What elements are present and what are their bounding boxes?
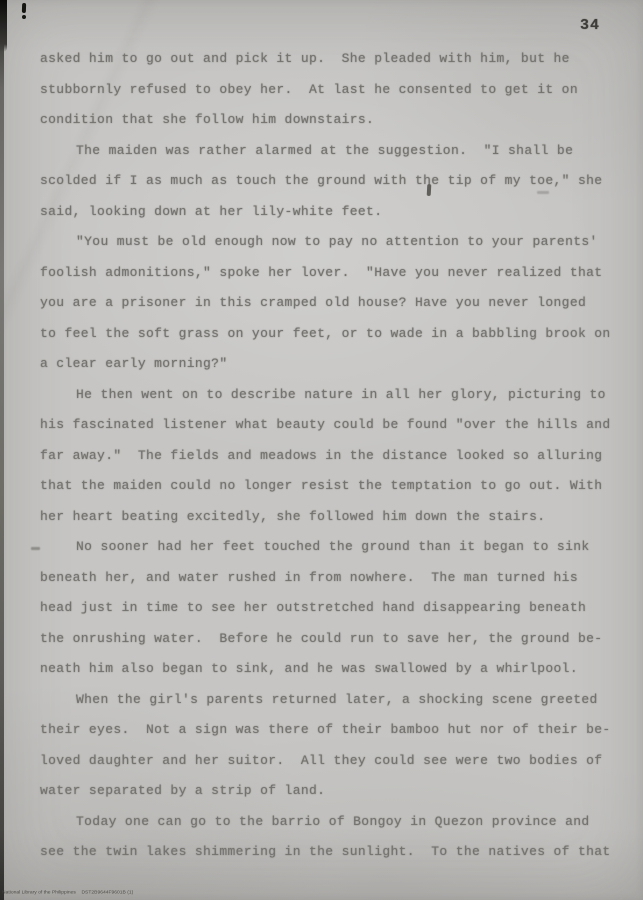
typescript-line: neath him also began to sink, and he was… xyxy=(40,654,622,685)
typescript-line: No sooner had her feet touched the groun… xyxy=(40,532,622,563)
typescript-line: her heart beating excitedly, she followe… xyxy=(40,502,622,533)
stray-ink-tick-mark xyxy=(427,184,432,196)
faint-ink-smudge xyxy=(537,191,549,194)
library-stamp: National Library of the Philippines DST2… xyxy=(2,889,133,895)
typescript-line: "You must be old enough now to pay no at… xyxy=(40,227,622,258)
exclamation-ink-mark-dot xyxy=(22,15,26,19)
typescript-line: head just in time to see her outstretche… xyxy=(40,593,622,624)
typescript-line: Today one can go to the barrio of Bongoy… xyxy=(40,807,622,838)
exclamation-ink-mark-bar xyxy=(22,3,26,13)
typescript-line: He then went on to describe nature in al… xyxy=(40,380,622,411)
typescript-line: When the girl's parents returned later, … xyxy=(40,685,622,716)
typescript-line: said, looking down at her lily-white fee… xyxy=(40,197,622,228)
typescript-line: you are a prisoner in this cramped old h… xyxy=(40,288,622,319)
typescript-line: condition that she follow him downstairs… xyxy=(40,105,622,136)
typescript-line: see the twin lakes shimmering in the sun… xyxy=(40,837,622,868)
library-stamp-name: National Library of the Philippines xyxy=(2,889,76,895)
typescript-lines: asked him to go out and pick it up. She … xyxy=(40,44,622,868)
typescript-line: asked him to go out and pick it up. She … xyxy=(40,44,622,75)
scanned-manuscript-page: 34 asked him to go out and pick it up. S… xyxy=(0,0,643,900)
scan-corner-ink-blob xyxy=(0,0,7,52)
typescript-line: foolish admonitions," spoke her lover. "… xyxy=(40,258,622,289)
typescript-line: his fascinated listener what beauty coul… xyxy=(40,410,622,441)
typescript-line: far away." The fields and meadows in the… xyxy=(40,441,622,472)
typescript-line: that the maiden could no longer resist t… xyxy=(40,471,622,502)
typescript-line: beneath her, and water rushed in from no… xyxy=(40,563,622,594)
typescript-line: loved daughter and her suitor. All they … xyxy=(40,746,622,777)
typescript-line: their eyes. Not a sign was there of thei… xyxy=(40,715,622,746)
typescript-line: to feel the soft grass on your feet, or … xyxy=(40,319,622,350)
scan-left-edge xyxy=(0,0,4,900)
typescript-line: stubbornly refused to obey her. At last … xyxy=(40,75,622,106)
typescript-line: water separated by a strip of land. xyxy=(40,776,622,807)
exclamation-ink-mark xyxy=(21,3,27,21)
library-stamp-code: DST2B9644F9601B (1) xyxy=(81,889,133,895)
typescript-line: a clear early morning?" xyxy=(40,349,622,380)
typescript-line: the onrushing water. Before he could run… xyxy=(40,624,622,655)
typescript-line: The maiden was rather alarmed at the sug… xyxy=(40,136,622,167)
margin-dash-mark xyxy=(31,547,40,550)
page-number: 34 xyxy=(580,17,600,34)
typescript-line: scolded if I as much as touch the ground… xyxy=(40,166,622,197)
